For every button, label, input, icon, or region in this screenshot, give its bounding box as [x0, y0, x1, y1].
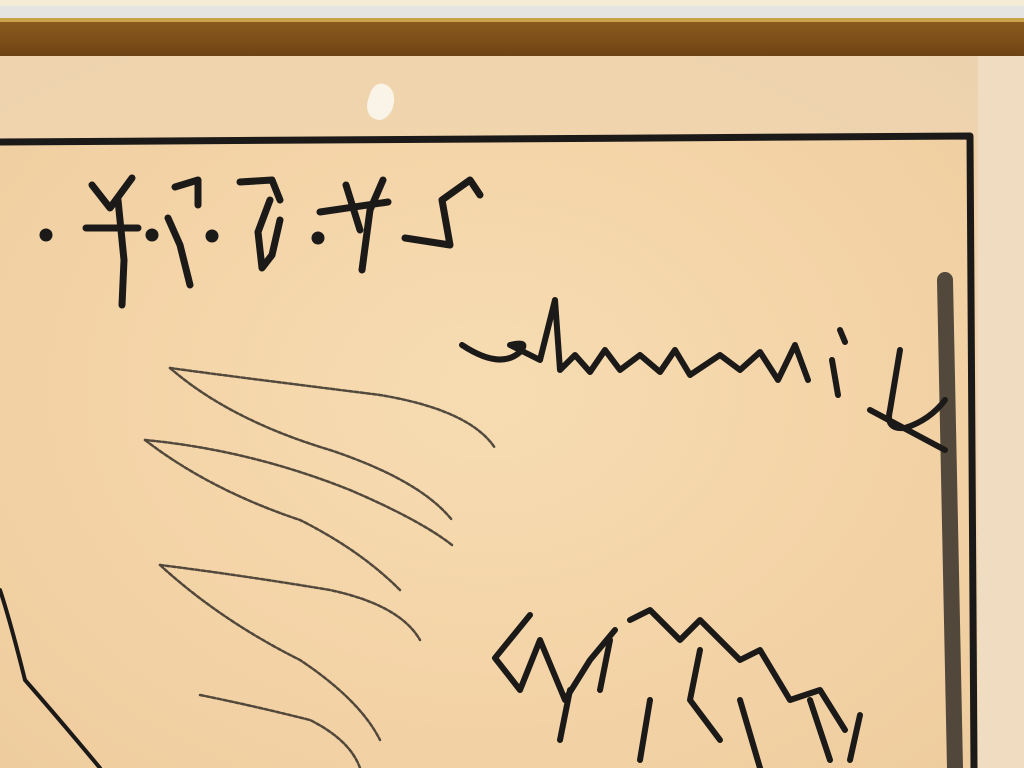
lithograph-drawing	[0, 0, 1024, 768]
